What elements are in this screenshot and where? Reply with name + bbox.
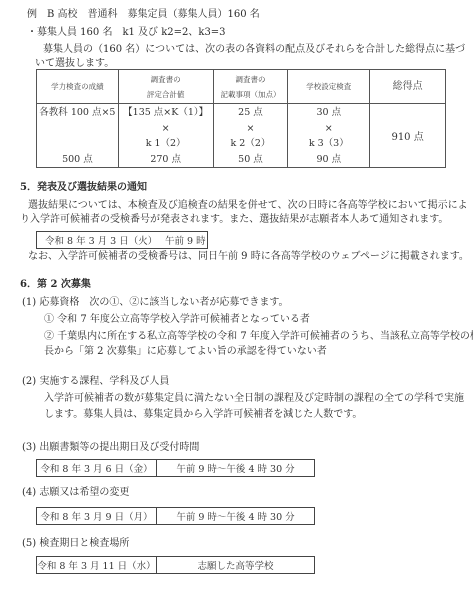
section6-heading: 6．第 2 次募集: [20, 280, 91, 290]
header-school-test: 学校設定検査: [288, 70, 370, 104]
item5-place: 志願した高等学校: [156, 557, 314, 573]
cell-academic-test: 各教科 100 点×5 500 点: [37, 104, 119, 168]
cell-total-score: 910 点: [370, 104, 446, 168]
section5-para-line2: り入学許可候補者の受検番号が発表されます。また、選抜結果が志願者本人あて通知され…: [20, 215, 448, 225]
item4-time: 午前 9 時〜午後 4 時 30 分: [156, 508, 314, 524]
item5-box: 令和 8 年 3 月 11 日（水） 志願した高等学校: [36, 556, 315, 574]
section5-para-line1: 選抜結果については、本検査及び追検査の結果を併せて、次の日時に各高等学校において…: [28, 201, 468, 211]
item4-date: 令和 8 年 3 月 9 日（月）: [37, 508, 156, 524]
item3-label: (3) 出願書類等の提出期日及び受付時間: [22, 443, 199, 453]
section5-heading: 5．発表及び選抜結果の通知: [20, 183, 147, 193]
item1-sub2-line1: ② 千葉県内に所在する私立高等学校の令和 7 年度入学許可候補者のうち、当該私立…: [44, 332, 473, 342]
item5-label: (5) 検査期日と検査場所: [22, 539, 129, 549]
item3-box: 令和 8 年 3 月 6 日（金） 午前 9 時〜午後 4 時 30 分: [36, 459, 315, 477]
header-total-score: 総得点: [370, 70, 446, 104]
announcement-date-box: 令和 8 年 3 月 3 日（火） 午前 9 時: [36, 231, 208, 249]
header-report-notes: 調査書の記載事項（加点）: [213, 70, 288, 104]
item3-date: 令和 8 年 3 月 6 日（金）: [37, 460, 156, 476]
item2-para-line1: 入学許可候補者の数が募集定員に満たない全日制の課程及び定時制の課程の全ての学科で…: [44, 394, 464, 404]
announcement-date: 令和 8 年 3 月 3 日（火） 午前 9 時: [37, 232, 207, 248]
score-table-header-row: 学力検査の成績 調査書の評定合計値 調査書の記載事項（加点） 学校設定検査 総得…: [37, 70, 446, 104]
item5-date: 令和 8 年 3 月 11 日（水）: [37, 557, 156, 573]
header-report-grade: 調査書の評定合計値: [118, 70, 213, 104]
item2-label: (2) 実施する課程、学科及び人員: [22, 377, 169, 387]
cell-report-notes: 25 点×k 2（2）50 点: [213, 104, 288, 168]
example-bullet: ・募集人員 160 名 k1 及び k2=2、k3=3: [27, 28, 226, 38]
example-title: 例 B 高校 普通科 募集定員（募集人員）160 名: [27, 10, 260, 20]
header-academic-test: 学力検査の成績: [37, 70, 119, 104]
item1-sub1: ① 令和 7 年度公立高等学校入学許可候補者となっている者: [44, 315, 310, 325]
item4-box: 令和 8 年 3 月 9 日（月） 午前 9 時〜午後 4 時 30 分: [36, 507, 315, 525]
item1-sub2-line2: 長から「第 2 次募集」に応募してよい旨の承認を得ていない者: [44, 347, 327, 357]
item3-time: 午前 9 時〜午後 4 時 30 分: [156, 460, 314, 476]
item1-label: (1) 応募資格 次の①、②に該当しない者が応募できます。: [22, 298, 289, 308]
item4-label: (4) 志願又は希望の変更: [22, 488, 129, 498]
example-desc-line1: 募集人員の（160 名）については、次の表の各資料の配点及びそれらを合計した総得…: [43, 45, 465, 55]
example-desc-line2: いて選抜します。: [35, 59, 114, 69]
section5-note: なお、入学許可候補者の受検番号は、同日午前 9 時に各高等学校のウェブページに掲…: [28, 252, 469, 262]
score-table-body-row: 各教科 100 点×5 500 点 【135 点×K（1）】×k 1（2）270…: [37, 104, 446, 168]
cell-report-grade: 【135 点×K（1）】×k 1（2）270 点: [118, 104, 213, 168]
score-table: 学力検査の成績 調査書の評定合計値 調査書の記載事項（加点） 学校設定検査 総得…: [36, 69, 446, 168]
cell-school-test: 30 点×k 3（3）90 点: [288, 104, 370, 168]
item2-para-line2: します。募集人員は、募集定員から入学許可候補者を減じた人数です。: [44, 410, 362, 420]
